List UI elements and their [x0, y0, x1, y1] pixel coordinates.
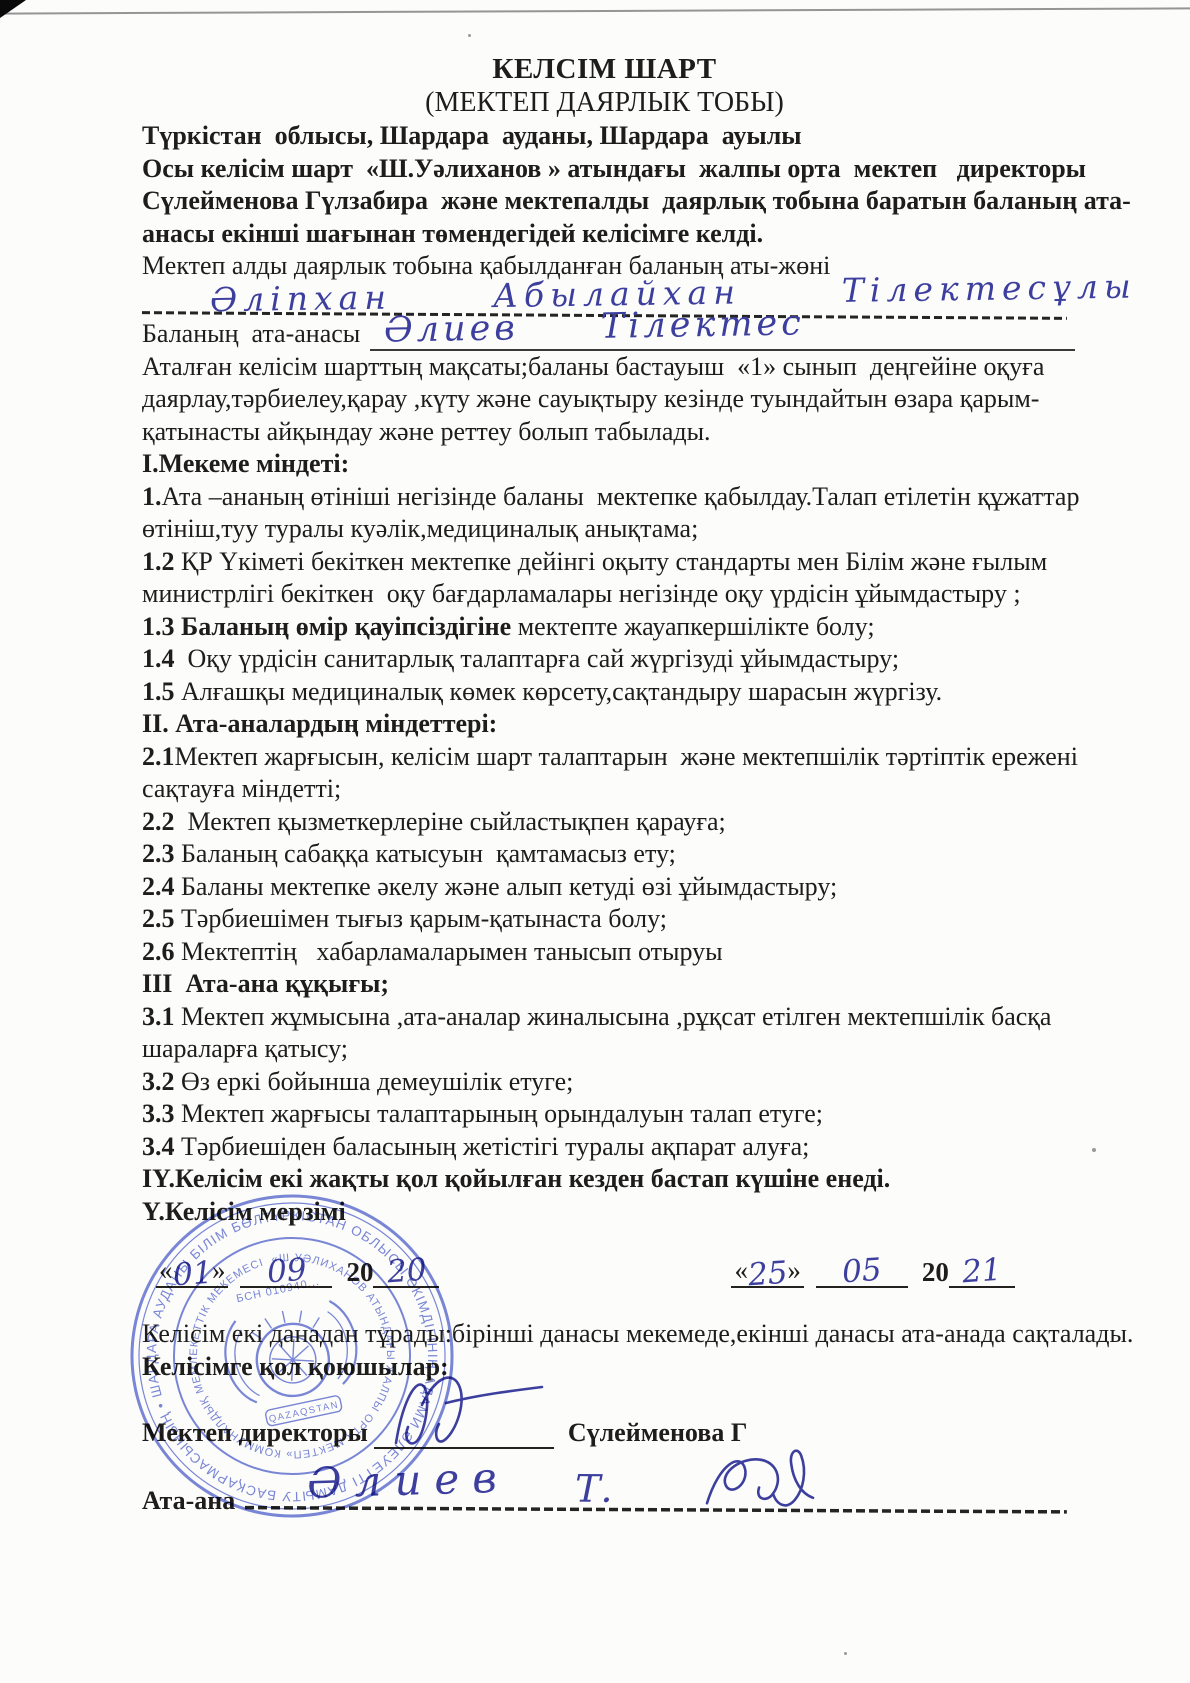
date-start-month-handwritten: 09 — [266, 1256, 307, 1287]
director-signature-row: Мектеп директоры Сүлейменова Г — [142, 1409, 1067, 1449]
heading-line: I.Мекеме міндеті: — [142, 448, 1067, 481]
parent-signature-line: Әлиев Т. — [245, 1481, 1067, 1519]
text-line: 2.3 Баланың сабаққа катысуын қамтамасыз … — [142, 838, 1067, 871]
text-line: 1.Ата –ананың өтініші негізінде баланы м… — [142, 481, 1067, 514]
quote-open: « — [159, 1255, 173, 1286]
quote-open: « — [734, 1255, 748, 1286]
heading-line: Осы келісім шарт «Ш.Уәлиханов » атындағы… — [142, 153, 1067, 186]
date-start-day-handwritten: 01 — [172, 1259, 213, 1290]
text-line: 2.5 Тәрбиешімен тығыз қарым-қатынаста бо… — [142, 903, 1067, 936]
text-line: 3.2 Өз еркі бойынша демеушілік етуге; — [142, 1066, 1067, 1099]
text-line: даярлау,тәрбиелеу,қарау ,күту және сауық… — [142, 383, 1067, 416]
signers-heading: Келісімге қол қоюшылар: — [142, 1351, 1067, 1384]
director-signature-line — [374, 1413, 554, 1449]
director-signature — [382, 1361, 552, 1451]
scan-artifact-corner — [0, 0, 26, 18]
parent-name-line: Әлиев Тілектес — [370, 317, 1075, 351]
text-line: 3.4 Тәрбиешіден баласының жетістігі тура… — [142, 1131, 1067, 1164]
date-end-year-handwritten: 21 — [961, 1256, 1002, 1287]
contract-body: Аталған келісім шарттың мақсаты;баланы б… — [142, 351, 1067, 1229]
document-content: КЕЛСІМ ШАРТ (МЕКТЕП ДАЯРЛЫК ТОБЫ) Түркіс… — [142, 52, 1067, 1517]
quote-close: » — [212, 1255, 226, 1286]
heading-line: анасы екінші шағынан төмендегідей келісі… — [142, 218, 1067, 251]
heading-line: IY.Келісім екі жақты қол қойылған кезден… — [142, 1163, 1067, 1196]
date-end-day-group: « 25 » — [731, 1255, 803, 1288]
heading-line: Сүлейменова Гүлзабира және мектепалды да… — [142, 185, 1067, 218]
text-line: шараларға қатысу; — [142, 1033, 1067, 1066]
intro-block: Түркістан облысы, Шардара ауданы, Шардар… — [142, 120, 1067, 283]
copies-statement: Келісім екі данадан тұрады:бірінші данас… — [142, 1318, 1067, 1351]
scan-speck — [1092, 1148, 1096, 1152]
parent-name-handwritten: Әлиев Тілектес — [384, 303, 805, 350]
parent-signer-label: Ата-ана — [142, 1485, 235, 1518]
parent-name-row: Баланың ата-анасы Әлиев Тілектес — [142, 317, 1067, 351]
scan-speck — [468, 34, 471, 37]
dates-row: « 01 » 09 20 20 « 25 » 05 — [142, 1242, 1067, 1288]
scan-artifact-line — [0, 7, 1190, 14]
date-start-century: 20 — [346, 1257, 373, 1288]
quote-close: » — [787, 1255, 801, 1286]
text-line: сақтауға міндетті; — [142, 773, 1067, 806]
text-line: 3.1 Мектеп жұмысына ,ата-аналар жиналысы… — [142, 1001, 1067, 1034]
parent-label: Баланың ата-анасы — [142, 318, 360, 351]
text-line: 2.6 Мектептің хабарламаларымен танысып о… — [142, 936, 1067, 969]
parent-signature-row: Ата-ана Әлиев Т. — [142, 1477, 1067, 1517]
date-end-year-line: 21 — [949, 1255, 1015, 1288]
date-end-month-line: 05 — [816, 1255, 908, 1288]
heading-line: Y.Келісім мерзімі — [142, 1196, 1067, 1229]
text-line: 1.4 Оқу үрдісін санитарлық талаптарға са… — [142, 643, 1067, 676]
date-end-day-handwritten: 25 — [747, 1259, 788, 1290]
parent-signature-surname: Әлиев — [307, 1453, 511, 1508]
text-line: 1.3 Баланың өмір қауіпсіздігіне мектепте… — [142, 611, 1067, 644]
heading-line: Түркістан облысы, Шардара ауданы, Шардар… — [142, 120, 1067, 153]
date-start-month-line: 09 — [240, 1255, 332, 1288]
text-line: 2.4 Баланы мектепке әкелу және алып кету… — [142, 871, 1067, 904]
date-start: « 01 » 09 20 20 — [156, 1255, 439, 1288]
scanned-contract-page: КЕЛСІМ ШАРТ (МЕКТЕП ДАЯРЛЫК ТОБЫ) Түркіс… — [0, 0, 1190, 1683]
date-start-year-line: 20 — [373, 1255, 439, 1288]
heading-line: II. Ата-аналардың міндеттері: — [142, 708, 1067, 741]
document-subtitle: (МЕКТЕП ДАЯРЛЫК ТОБЫ) — [142, 86, 1067, 120]
director-label: Мектеп директоры — [142, 1417, 368, 1450]
text-line: Аталған келісім шарттың мақсаты;баланы б… — [142, 351, 1067, 384]
text-line: 2.2 Мектеп қызметкерлеріне сыйластықпен … — [142, 806, 1067, 839]
text-line: 1.5 Алғашқы медициналық көмек көрсету,са… — [142, 676, 1067, 709]
text-line: 1.2 ҚР Үкіметі бекіткен мектепке дейінгі… — [142, 546, 1067, 579]
date-end: « 25 » 05 20 21 — [731, 1255, 1014, 1288]
date-end-month-handwritten: 05 — [841, 1256, 882, 1287]
parent-signature-flourish — [697, 1441, 847, 1522]
document-title: КЕЛСІМ ШАРТ — [142, 52, 1067, 86]
heading-line: III Ата-ана құқығы; — [142, 968, 1067, 1001]
text-line: министрлігі бекіткен оқу бағдарламалары … — [142, 578, 1067, 611]
text-line: қатынасты айқындау және реттеу болып таб… — [142, 416, 1067, 449]
scan-speck — [844, 1652, 847, 1655]
date-end-century: 20 — [922, 1257, 949, 1288]
text-line: 3.3 Мектеп жарғысы талаптарының орындалу… — [142, 1098, 1067, 1131]
text-line: өтініш,туу туралы куәлік,медициналық аны… — [142, 513, 1067, 546]
text-line: 2.1Мектеп жарғысын, келісім шарт талапта… — [142, 741, 1067, 774]
parent-signature-initial: Т. — [575, 1467, 613, 1511]
date-start-day-group: « 01 » — [156, 1255, 228, 1288]
date-start-year-handwritten: 20 — [386, 1256, 427, 1287]
